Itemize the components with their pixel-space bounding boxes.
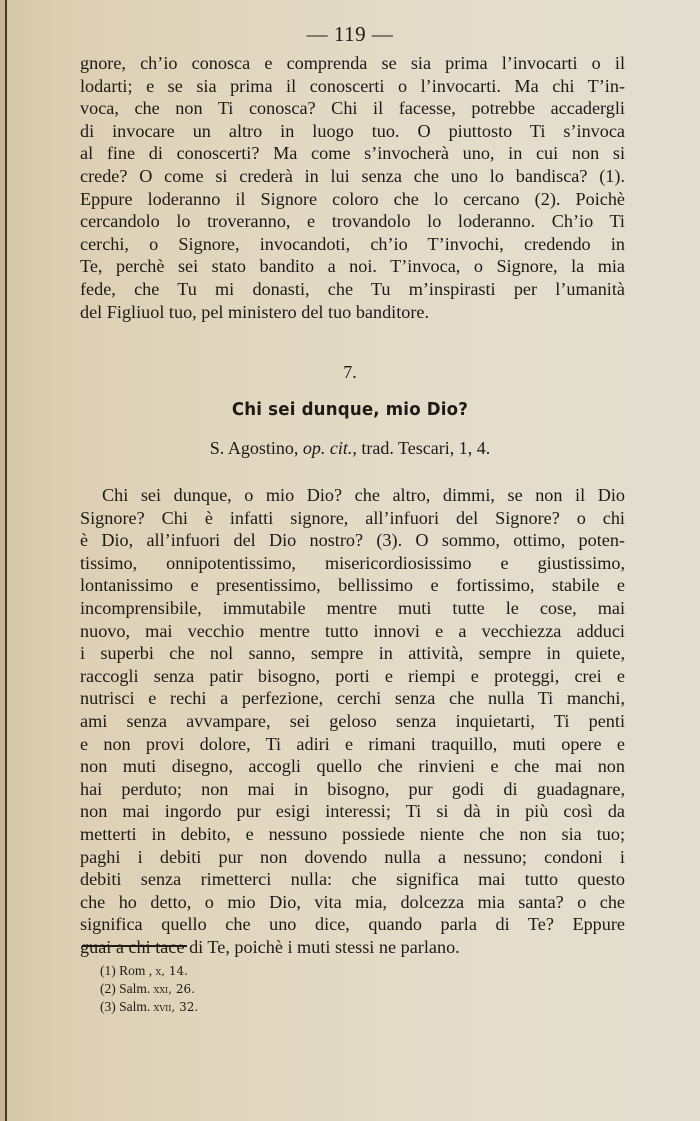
text-line: crede? O come si crederà in lui senza ch…	[80, 165, 625, 188]
text-line: Signore? Chi è infatti signore, all’infu…	[80, 507, 625, 530]
source-reference: trad. Tescari, 1, 4.	[361, 438, 490, 458]
text-line: del Figliuol tuo, pel ministero del tuo …	[80, 301, 625, 324]
text-line: i superbi che nol sanno, sempre in attiv…	[80, 642, 625, 665]
text-line: guai a chi tace di Te, poichè i muti ste…	[80, 936, 625, 959]
text-line: raccogli senza patir bisogno, porti e ri…	[80, 665, 625, 688]
footnote-divider	[82, 945, 187, 947]
intro-paragraph: gnore, ch’io conosca e comprenda se sia …	[80, 52, 625, 323]
page-spine-line	[5, 0, 7, 1121]
footnote-2: (2) Salm. xxi, 26.	[100, 980, 198, 998]
text-line: è Dio, all’infuori del Dio nostro? (3). …	[80, 529, 625, 552]
text-line: fede, che Tu mi donasti, che Tu m’inspir…	[80, 278, 625, 301]
text-line: metterti in debito, e nessuno possiede n…	[80, 823, 625, 846]
text-line: e non provi dolore, Ti adiri e rimani tr…	[80, 733, 625, 756]
text-line: lontanissimo e presentissimo, bellissimo…	[80, 574, 625, 597]
text-line: debiti senza rimetterci nulla: che signi…	[80, 868, 625, 891]
page-number: — 119 —	[0, 22, 700, 47]
source-work: op. cit.,	[303, 438, 357, 458]
text-line: hai perduto; non mai in bisogno, pur god…	[80, 778, 625, 801]
footnotes: (1) Rom , x, 14. (2) Salm. xxi, 26. (3) …	[100, 962, 198, 1016]
footnote-ref: xxi, 26.	[154, 982, 195, 996]
source-author: S. Agostino,	[210, 438, 299, 458]
footnote-book: Salm.	[119, 999, 150, 1014]
footnote-marker: (1)	[100, 963, 116, 978]
text-line: incomprensibile, immutabile mentre muti …	[80, 597, 625, 620]
text-line: Te, perchè sei stato bandito a noi. T’in…	[80, 255, 625, 278]
section-title: Chi sei dunque, mio Dio?	[18, 400, 683, 420]
footnote-marker: (2)	[100, 981, 116, 996]
text-line: paghi i debiti pur non dovendo nulla a n…	[80, 846, 625, 869]
text-line: significa quello che uno dice, quando pa…	[80, 913, 625, 936]
text-line: cercandolo lo troveranno, e trovandolo l…	[80, 210, 625, 233]
footnote-3: (3) Salm. xvii, 32.	[100, 998, 198, 1016]
body-paragraph: Chi sei dunque, o mio Dio? che altro, di…	[80, 484, 625, 958]
footnote-marker: (3)	[100, 999, 116, 1014]
section-source: S. Agostino, op. cit., trad. Tescari, 1,…	[0, 438, 700, 459]
text-line: voca, che non Ti conosca? Chi il facesse…	[80, 97, 625, 120]
text-line: non muti disegno, accogli quello che rin…	[80, 755, 625, 778]
text-line: nutrisci e rechi a perfezione, cerchi se…	[80, 687, 625, 710]
text-line: Chi sei dunque, o mio Dio? che altro, di…	[80, 484, 625, 507]
footnote-ref: x, 14.	[156, 964, 188, 978]
text-line: cerchi, o Signore, invocandoti, ch’io T’…	[80, 233, 625, 256]
footnote-ref: xvii, 32.	[154, 1000, 199, 1014]
section-number: 7.	[0, 362, 700, 383]
text-line: tissimo, onnipotentissimo, misericordios…	[80, 552, 625, 575]
text-line: Eppure loderanno il Signore coloro che l…	[80, 188, 625, 211]
footnote-book: Rom ,	[119, 963, 152, 978]
text-line: ami senza avvampare, sei geloso senza in…	[80, 710, 625, 733]
text-line: di invocare un altro in luogo tuo. O piu…	[80, 120, 625, 143]
text-line: nuovo, mai vecchio mentre tutto innovi e…	[80, 620, 625, 643]
text-line: al fine di conoscerti? Ma come s’invoche…	[80, 142, 625, 165]
text-line: non mai ingordo pur esigi interessi; Ti …	[80, 800, 625, 823]
text-line: che ho detto, o mio Dio, vita mia, dolce…	[80, 891, 625, 914]
footnote-book: Salm.	[119, 981, 150, 996]
text-line: lodarti; e se sia prima il conoscerti o …	[80, 75, 625, 98]
footnote-1: (1) Rom , x, 14.	[100, 962, 198, 980]
text-line: gnore, ch’io conosca e comprenda se sia …	[80, 52, 625, 75]
